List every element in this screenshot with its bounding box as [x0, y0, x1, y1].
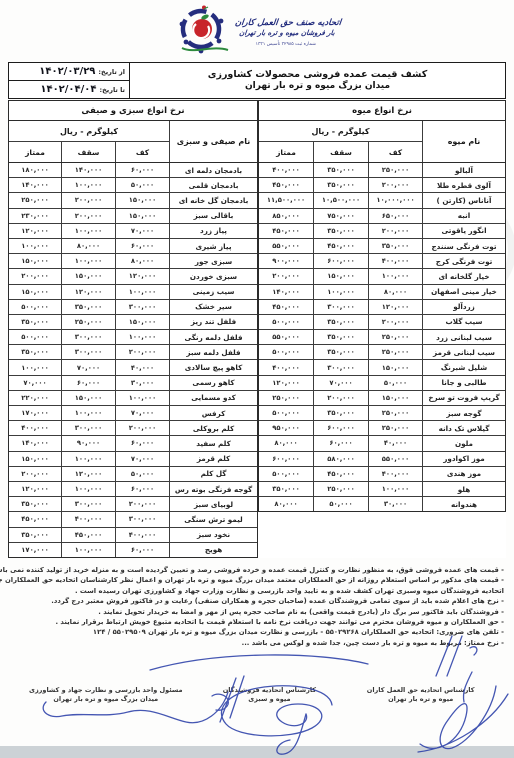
product-name-cell: توت فرنگی کرج [423, 254, 505, 268]
fruit-premium-column-header: ممتاز [259, 142, 313, 162]
price-premium-cell: ۲۰۰,۰۰۰ [9, 269, 61, 283]
price-floor-cell: ۲۰۰,۰۰۰ [116, 345, 169, 359]
price-premium-cell: ۱۸۰,۰۰۰ [9, 163, 61, 177]
price-premium-cell: ۶۰۰,۰۰۰ [259, 452, 313, 466]
fruit-name-column-header: نام میوه [423, 121, 505, 162]
price-floor-cell: ۱۵۰,۰۰۰ [116, 209, 169, 223]
product-name-cell: سبزی جور [170, 254, 257, 268]
product-name-cell: ملون [423, 436, 505, 450]
price-ceiling-cell: ۵۰,۰۰۰ [314, 497, 368, 511]
price-floor-cell: ۲۰۰,۰۰۰ [369, 315, 422, 329]
price-floor-cell: ۳۰,۰۰۰ [116, 376, 169, 390]
price-ceiling-cell: ۱۴۰,۰۰۰ [62, 163, 115, 177]
price-ceiling-cell: ۸۰,۰۰۰ [62, 239, 115, 253]
price-ceiling-cell: ۱۰۰,۰۰۰ [62, 406, 115, 420]
veg-floor-column-header: کف [116, 142, 169, 162]
product-name-cell: خیار گلخانه ای [423, 269, 505, 283]
price-premium-cell: ۱۵۰,۰۰۰ [9, 285, 61, 299]
price-premium-cell: ۳۵۰,۰۰۰ [9, 315, 61, 329]
price-premium-cell: ۳۵۰,۰۰۰ [9, 528, 61, 542]
product-name-cell: سیب لبنانی زرد [423, 330, 505, 344]
note-line: - فروشندگان باید فاکتور سر برگ دار (بادر… [8, 607, 504, 617]
price-premium-cell: ۸۰,۰۰۰ [259, 497, 313, 511]
price-floor-cell: ۲۰۰,۰۰۰ [369, 224, 422, 238]
price-ceiling-cell: ۳۰۰,۰۰۰ [62, 345, 115, 359]
date-range-box: از تاریخ: ۱۴۰۲/۰۳/۲۹ تا تاریخ: ۱۴۰۲/۰۴/۰… [9, 63, 129, 98]
price-floor-cell: ۱۰۰,۰۰۰ [369, 482, 422, 496]
price-floor-cell: ۴۰۰,۰۰۰ [369, 254, 422, 268]
price-premium-cell: ۲۵۰,۰۰۰ [259, 391, 313, 405]
product-name-cell: بادمجان گل خانه ای [170, 193, 257, 207]
product-name-cell: پیاز شیری [170, 239, 257, 253]
price-floor-cell: ۱۰۰,۰۰۰ [116, 391, 169, 405]
title-line1: کشف قیمت عمده فروشی محصولات کشاورزی [208, 69, 427, 81]
price-floor-cell: ۵۰,۰۰۰ [369, 376, 422, 390]
price-premium-cell: ۱۷۰,۰۰۰ [9, 543, 61, 557]
price-ceiling-cell: ۱۰۰,۰۰۰ [62, 452, 115, 466]
footer-notes: - قیمت های عمده فروشی فوق، به منظور نظار… [8, 565, 504, 648]
price-floor-cell: ۱۵۰,۰۰۰ [369, 391, 422, 405]
product-name-cell: خیار مینی اصفهان [423, 285, 505, 299]
price-ceiling-cell: ۴۵۰,۰۰۰ [314, 239, 368, 253]
price-ceiling-cell: ۱۰۰,۰۰۰ [62, 254, 115, 268]
product-name-cell: توت فرنگی سنندج [423, 239, 505, 253]
signature-block-inspection-unit: مسئول واحد بازرسی و نظارت جهاد و کشاورزی… [14, 686, 197, 704]
note-line: اتحادیه فروشندگان میوه وسبزی تهران کشف ش… [8, 586, 504, 596]
fruit-table-rows: آلبالو۲۵۰,۰۰۰۳۵۰,۰۰۰۴۰۰,۰۰۰آلوی قطره طلا… [258, 163, 506, 512]
price-premium-cell: ۲۰۰,۰۰۰ [9, 467, 61, 481]
price-ceiling-cell: ۶۰۰,۰۰۰ [314, 254, 368, 268]
note-line: - حق العملکاران و میوه فروشان محترم می ت… [8, 617, 504, 627]
note-line: - تلفن های ضروری: اتحادیه حق العملکاران … [8, 627, 504, 637]
price-floor-cell: ۵۰,۰۰۰ [116, 178, 169, 192]
price-ceiling-cell: ۳۵۰,۰۰۰ [314, 224, 368, 238]
price-ceiling-cell: ۲۰۰,۰۰۰ [62, 193, 115, 207]
title-line2: میدان بزرگ میوه و تره بار تهران [245, 81, 390, 92]
product-name-cell: کلم قرمز [170, 452, 257, 466]
price-ceiling-cell: ۱۲۰,۰۰۰ [62, 467, 115, 481]
product-name-cell: کلم سفید [170, 436, 257, 450]
price-floor-cell: ۶۰,۰۰۰ [116, 239, 169, 253]
document-page: اتحادیه صنف حق العمل کاران بار فروشان می… [0, 0, 514, 758]
fruit-table-title: نرخ انواع میوه [258, 100, 506, 120]
product-name-cell: موز اکوادور [423, 452, 505, 466]
price-floor-cell: ۲۵۰,۰۰۰ [369, 345, 422, 359]
product-name-cell: کاهو پیچ سالادی [170, 360, 257, 374]
price-floor-cell: ۶۰,۰۰۰ [116, 436, 169, 450]
product-name-cell: آناناس (کارتن ) [423, 193, 505, 207]
price-ceiling-cell: ۳۰۰,۰۰۰ [62, 330, 115, 344]
price-premium-cell: ۹۰۰,۰۰۰ [259, 254, 313, 268]
price-premium-cell: ۵۵۰,۰۰۰ [259, 330, 313, 344]
veg-premium-column-header: ممتاز [9, 142, 61, 162]
price-premium-cell: ۷۰,۰۰۰ [9, 376, 61, 390]
price-ceiling-cell: ۶۰,۰۰۰ [314, 436, 368, 450]
signature-subtitle: میدان بزرگ میوه و تره بار تهران [14, 695, 197, 704]
product-name-cell: باقالی سبز [170, 209, 257, 223]
price-floor-cell: ۶۰,۰۰۰ [116, 543, 169, 557]
price-premium-cell: ۵۰۰,۰۰۰ [259, 315, 313, 329]
price-floor-cell: ۳۰,۰۰۰ [369, 497, 422, 511]
price-premium-cell: ۵۵۰,۰۰۰ [259, 239, 313, 253]
price-tables: نرخ انواع میوه نام میوه کیلوگرم - ریال ک… [8, 100, 506, 558]
product-name-cell: گوجه سبز [423, 406, 505, 420]
price-premium-cell: ۵۰۰,۰۰۰ [9, 330, 61, 344]
product-name-cell: انگور یاقوتی [423, 224, 505, 238]
product-name-cell: کدو مسمایی [170, 391, 257, 405]
price-premium-cell: ۳۵۰,۰۰۰ [9, 497, 61, 511]
price-premium-cell: ۴۰۰,۰۰۰ [9, 421, 61, 435]
price-floor-cell: ۴۰۰,۰۰۰ [116, 528, 169, 542]
price-premium-cell: ۵۰۰,۰۰۰ [259, 467, 313, 481]
price-premium-cell: ۱۰۰,۰۰۰ [9, 239, 61, 253]
price-premium-cell: ۵۰۰,۰۰۰ [259, 406, 313, 420]
product-name-cell: لوبیای سبز [170, 497, 257, 511]
price-premium-cell: ۴۵۰,۰۰۰ [259, 224, 313, 238]
product-name-cell: کرفس [170, 406, 257, 420]
union-emblem-logo [174, 4, 230, 60]
price-floor-cell: ۳۰۰,۰۰۰ [116, 512, 169, 526]
price-ceiling-cell: ۳۰۰,۰۰۰ [314, 360, 368, 374]
price-premium-cell: ۴۰۰,۰۰۰ [259, 360, 313, 374]
price-floor-cell: ۲۵۰,۰۰۰ [369, 406, 422, 420]
price-floor-cell: ۶۰,۰۰۰ [116, 163, 169, 177]
price-ceiling-cell: ۷۵۰,۰۰۰ [314, 209, 368, 223]
product-name-cell: آلوی قطره طلا [423, 178, 505, 192]
fruit-price-table: نرخ انواع میوه نام میوه کیلوگرم - ریال ک… [258, 100, 506, 558]
price-ceiling-cell: ۳۵۰,۰۰۰ [314, 406, 368, 420]
price-premium-cell: ۲۲۰,۰۰۰ [9, 391, 61, 405]
fruit-unit-header: کیلوگرم - ریال [259, 121, 422, 141]
product-name-cell: موز هندی [423, 467, 505, 481]
logo-org-subtitle: بار فروشان میوه و تره بار تهران [233, 29, 340, 38]
product-name-cell: لیمو ترش سنگی [170, 512, 257, 526]
veg-unit-header: کیلوگرم - ریال [9, 121, 169, 141]
price-floor-cell: ۲۵۰,۰۰۰ [369, 421, 422, 435]
price-premium-cell: ۱۴۰,۰۰۰ [9, 178, 61, 192]
veg-table-header: نام صیفی و سبزی کیلوگرم - ریال کف سقف مم… [8, 120, 258, 163]
price-ceiling-cell: ۱۰۰,۰۰۰ [62, 543, 115, 557]
date-from-label: از تاریخ: [98, 68, 125, 76]
price-premium-cell: ۱۱,۵۰۰,۰۰۰ [259, 193, 313, 207]
price-ceiling-cell: ۳۵۰,۰۰۰ [314, 178, 368, 192]
price-floor-cell: ۱۰۰,۰۰۰ [116, 285, 169, 299]
price-premium-cell: ۵۰۰,۰۰۰ [259, 345, 313, 359]
product-name-cell: گیلاس تک دانه [423, 421, 505, 435]
vegetable-price-table: نرخ انواع سبزی و صیفی نام صیفی و سبزی کی… [8, 100, 258, 558]
document-title: کشف قیمت عمده فروشی محصولات کشاورزی میدا… [129, 63, 505, 98]
date-to-row: تا تاریخ: ۱۴۰۲/۰۴/۰۴ [9, 80, 129, 98]
note-line: - نرخ ممتاز: مربوط به میوه و تره بار دست… [8, 638, 504, 648]
price-ceiling-cell: ۶۰,۰۰۰ [62, 376, 115, 390]
product-name-cell: سیب لبنانی قرمز [423, 345, 505, 359]
price-floor-cell: ۴۰,۰۰۰ [369, 436, 422, 450]
date-from-row: از تاریخ: ۱۴۰۲/۰۳/۲۹ [9, 63, 129, 80]
price-ceiling-cell: ۱۰,۵۰۰,۰۰۰ [314, 193, 368, 207]
price-premium-cell: ۲۵۰,۰۰۰ [9, 193, 61, 207]
price-ceiling-cell: ۹۰,۰۰۰ [62, 436, 115, 450]
price-floor-cell: ۱۵۰,۰۰۰ [369, 360, 422, 374]
note-line: - قیمت های عمده فروشی فوق، به منظور نظار… [8, 565, 504, 575]
signature-title: کارشناس اتحادیه حق العمل کاران [341, 686, 500, 695]
signature-block-sellers-union: کارشناس اتحادیه فروشندگان میوه و سبزی [198, 686, 342, 704]
signature-title: کارشناس اتحادیه فروشندگان [198, 686, 342, 695]
product-name-cell: هندوانه [423, 497, 505, 511]
product-name-cell: انبه [423, 209, 505, 223]
price-floor-cell: ۱۰۰,۰۰۰ [369, 269, 422, 283]
price-premium-cell: ۴۵۰,۰۰۰ [9, 512, 61, 526]
price-floor-cell: ۷۰,۰۰۰ [116, 406, 169, 420]
price-ceiling-cell: ۴۵۰,۰۰۰ [314, 467, 368, 481]
price-floor-cell: ۶۰,۰۰۰ [116, 482, 169, 496]
logo-text-block: اتحادیه صنف حق العمل کاران بار فروشان می… [232, 18, 341, 47]
fruit-ceiling-column-header: سقف [314, 142, 368, 162]
price-floor-cell: ۱۲۰,۰۰۰ [369, 300, 422, 314]
price-floor-cell: ۲۰۰,۰۰۰ [116, 421, 169, 435]
price-floor-cell: ۱۵۰,۰۰۰ [116, 315, 169, 329]
price-premium-cell: ۵۰۰,۰۰۰ [9, 300, 61, 314]
signature-subtitle: میوه و سبزی [198, 695, 342, 704]
price-ceiling-cell: ۳۵۰,۰۰۰ [62, 300, 115, 314]
product-name-cell: فلفل تند ریز [170, 315, 257, 329]
price-premium-cell: ۱۲۰,۰۰۰ [259, 376, 313, 390]
product-name-cell: آلبالو [423, 163, 505, 177]
price-ceiling-cell: ۳۵۰,۰۰۰ [314, 345, 368, 359]
price-ceiling-cell: ۳۰۰,۰۰۰ [314, 300, 368, 314]
price-ceiling-cell: ۴۵۰,۰۰۰ [62, 528, 115, 542]
header-logo: اتحادیه صنف حق العمل کاران بار فروشان می… [0, 4, 514, 60]
price-ceiling-cell: ۱۵۰,۰۰۰ [314, 269, 368, 283]
product-name-cell: گل کلم [170, 467, 257, 481]
price-ceiling-cell: ۴۰۰,۰۰۰ [62, 512, 115, 526]
price-ceiling-cell: ۳۰۰,۰۰۰ [62, 421, 115, 435]
product-name-cell: نخود سبز [170, 528, 257, 542]
price-premium-cell: ۱۴۰,۰۰۰ [259, 285, 313, 299]
price-ceiling-cell: ۱۰۰,۰۰۰ [62, 224, 115, 238]
price-floor-cell: ۱۵۰,۰۰۰ [116, 193, 169, 207]
price-ceiling-cell: ۲۰۰,۰۰۰ [62, 209, 115, 223]
product-name-cell: بادمجان دلمه ای [170, 163, 257, 177]
price-floor-cell: ۸۰,۰۰۰ [116, 254, 169, 268]
price-floor-cell: ۱۲۰,۰۰۰ [116, 269, 169, 283]
product-name-cell: زردآلو [423, 300, 505, 314]
price-ceiling-cell: ۶۰۰,۰۰۰ [314, 421, 368, 435]
price-ceiling-cell: ۲۵۰,۰۰۰ [62, 315, 115, 329]
fruit-floor-column-header: کف [369, 142, 422, 162]
price-floor-cell: ۷۰,۰۰۰ [116, 452, 169, 466]
price-premium-cell: ۴۰۰,۰۰۰ [259, 163, 313, 177]
veg-table-rows: بادمجان دلمه ای۶۰,۰۰۰۱۴۰,۰۰۰۱۸۰,۰۰۰بادمج… [8, 163, 258, 558]
price-floor-cell: ۴۰,۰۰۰ [116, 360, 169, 374]
veg-ceiling-column-header: سقف [62, 142, 115, 162]
price-ceiling-cell: ۱۰۰,۰۰۰ [314, 285, 368, 299]
fruit-table-header: نام میوه کیلوگرم - ریال کف سقف ممتاز [258, 120, 506, 163]
signature-block-commission-agents: کارشناس اتحادیه حق العمل کاران میوه و تر… [341, 686, 500, 704]
price-ceiling-cell: ۱۰۰,۰۰۰ [62, 482, 115, 496]
price-ceiling-cell: ۲۰۰,۰۰۰ [314, 391, 368, 405]
price-floor-cell: ۵۰,۰۰۰ [116, 467, 169, 481]
price-floor-cell: ۳۰۰,۰۰۰ [116, 300, 169, 314]
price-premium-cell: ۱۵۰,۰۰۰ [9, 452, 61, 466]
signature-subtitle: میوه و تره بار تهران [341, 695, 500, 704]
price-ceiling-cell: ۳۵۰,۰۰۰ [314, 315, 368, 329]
product-name-cell: پیاز زرد [170, 224, 257, 238]
logo-org-name: اتحادیه صنف حق العمل کاران [234, 18, 341, 29]
price-ceiling-cell: ۳۵۰,۰۰۰ [314, 330, 368, 344]
price-premium-cell: ۳۵۰,۰۰۰ [9, 345, 61, 359]
product-name-cell: فلفل دلمه سبز [170, 345, 257, 359]
price-premium-cell: ۹۵۰,۰۰۰ [259, 421, 313, 435]
price-ceiling-cell: ۷۰,۰۰۰ [62, 360, 115, 374]
price-ceiling-cell: ۱۲۰,۰۰۰ [62, 285, 115, 299]
date-from-value: ۱۴۰۲/۰۳/۲۹ [39, 66, 95, 77]
price-premium-cell: ۱۲۰,۰۰۰ [9, 482, 61, 496]
signature-title: مسئول واحد بازرسی و نظارت جهاد و کشاورزی [14, 686, 197, 695]
product-name-cell: شلیل شبرنگ [423, 360, 505, 374]
price-premium-cell: ۴۵۰,۰۰۰ [259, 300, 313, 314]
product-name-cell: کلم بروکلی [170, 421, 257, 435]
product-name-cell: فلفل دلمه رنگی [170, 330, 257, 344]
price-premium-cell: ۸۰,۰۰۰ [259, 436, 313, 450]
price-premium-cell: ۲۳۰,۰۰۰ [9, 209, 61, 223]
price-ceiling-cell: ۱۵۰,۰۰۰ [62, 269, 115, 283]
product-name-cell: سبزی خوردن [170, 269, 257, 283]
price-premium-cell: ۲۰۰,۰۰۰ [259, 269, 313, 283]
price-premium-cell: ۱۰۰,۰۰۰ [9, 360, 61, 374]
price-floor-cell: ۱۰۰,۰۰۰ [116, 330, 169, 344]
price-floor-cell: ۸۰,۰۰۰ [369, 285, 422, 299]
price-floor-cell: ۲۵۰,۰۰۰ [369, 330, 422, 344]
price-ceiling-cell: ۳۰۰,۰۰۰ [62, 497, 115, 511]
price-premium-cell: ۱۴۰,۰۰۰ [9, 436, 61, 450]
price-ceiling-cell: ۱۵۰,۰۰۰ [62, 391, 115, 405]
price-premium-cell: ۱۷۰,۰۰۰ [9, 406, 61, 420]
product-name-cell: سیر خشک [170, 300, 257, 314]
product-name-cell: گوجه فرنگی بوته رس [170, 482, 257, 496]
price-ceiling-cell: ۱۰۰,۰۰۰ [62, 178, 115, 192]
price-premium-cell: ۳۵۰,۰۰۰ [259, 482, 313, 496]
price-floor-cell: ۲۰۰,۰۰۰ [369, 178, 422, 192]
product-name-cell: سیب گلاب [423, 315, 505, 329]
price-premium-cell: ۱۲۰,۰۰۰ [9, 224, 61, 238]
price-floor-cell: ۲۰۰,۰۰۰ [116, 497, 169, 511]
document-header-table: کشف قیمت عمده فروشی محصولات کشاورزی میدا… [8, 62, 506, 99]
price-floor-cell: ۲۵۰,۰۰۰ [369, 163, 422, 177]
product-name-cell: هویج [170, 543, 257, 557]
price-floor-cell: ۳۵۰,۰۰۰ [369, 239, 422, 253]
price-ceiling-cell: ۳۵۰,۰۰۰ [314, 163, 368, 177]
product-name-cell: هلو [423, 482, 505, 496]
price-floor-cell: ۷۰,۰۰۰ [116, 224, 169, 238]
veg-name-column-header: نام صیفی و سبزی [170, 121, 257, 162]
price-premium-cell: ۸۵۰,۰۰۰ [259, 209, 313, 223]
price-floor-cell: ۱۰,۰۰۰,۰۰۰ [369, 193, 422, 207]
product-name-cell: گریپ فروت تو سرخ [423, 391, 505, 405]
note-line: - نرخ های اعلام شده باید از سوی تمامی فر… [8, 596, 504, 606]
signature-row: کارشناس اتحادیه حق العمل کاران میوه و تر… [0, 686, 514, 704]
product-name-cell: بادمجان قلمی [170, 178, 257, 192]
product-name-cell: کاهو رسمی [170, 376, 257, 390]
price-floor-cell: ۶۵۰,۰۰۰ [369, 209, 422, 223]
logo-registration: شماره ثبت ۳۲۹۸۵ تأسیس ۱۳۳۱ [233, 42, 339, 47]
product-name-cell: سیب زمینی [170, 285, 257, 299]
date-to-label: تا تاریخ: [100, 86, 126, 94]
veg-table-title: نرخ انواع سبزی و صیفی [8, 100, 258, 120]
price-floor-cell: ۴۰۰,۰۰۰ [369, 467, 422, 481]
scan-edge [0, 746, 514, 758]
price-ceiling-cell: ۲۵۰,۰۰۰ [314, 482, 368, 496]
price-ceiling-cell: ۷۰,۰۰۰ [314, 376, 368, 390]
price-ceiling-cell: ۵۸۰,۰۰۰ [314, 452, 368, 466]
product-name-cell: طالبی و جانا [423, 376, 505, 390]
price-premium-cell: ۱۵۰,۰۰۰ [9, 254, 61, 268]
price-premium-cell: ۴۵۰,۰۰۰ [259, 178, 313, 192]
note-line: - قیمت های مذکور بر اساس استعلام روزانه … [8, 575, 504, 585]
date-to-value: ۱۴۰۲/۰۴/۰۴ [40, 84, 96, 95]
price-floor-cell: ۵۵۰,۰۰۰ [369, 452, 422, 466]
